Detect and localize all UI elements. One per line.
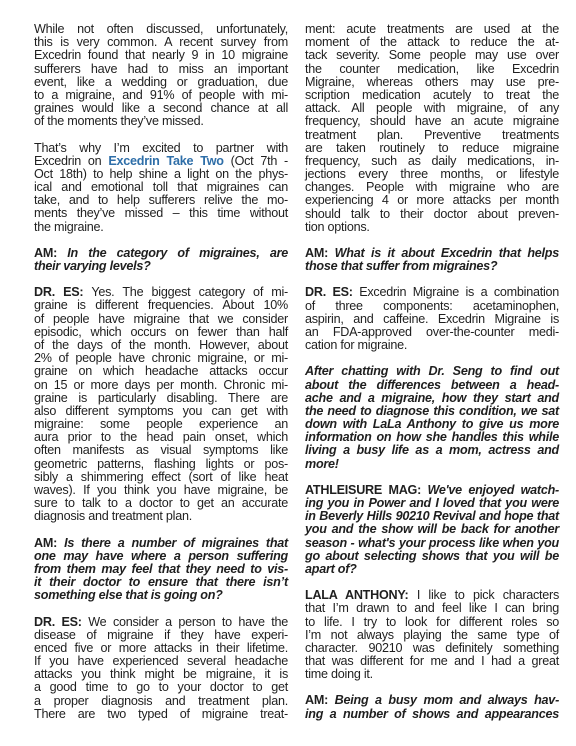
question-text: their varying levels? bbox=[34, 260, 288, 273]
text-line: often manifests as visual symptoms like bbox=[34, 444, 288, 457]
text-line: episodic, which occurs on fewer than hal… bbox=[34, 326, 288, 339]
answer-text: Excedrin Migraine is a combination bbox=[359, 285, 559, 299]
speaker-label: AM: bbox=[305, 246, 328, 260]
text-line: tion options. bbox=[305, 221, 559, 234]
text-fragment: (Oct 7th - bbox=[224, 154, 288, 168]
answer-treatment-continued: ment: acute treatments are used at themo… bbox=[305, 23, 559, 234]
text-line: ache and a migraine, how they start and bbox=[305, 392, 559, 405]
question-text: In the category of migraines, are bbox=[67, 246, 288, 260]
text-lines: that I’m drawn to and feel like I can br… bbox=[305, 602, 559, 681]
question-varying-levels: AM: In the category of migraines, are th… bbox=[34, 247, 288, 273]
intro-paragraph-survey: While not often discussed, unfortunately… bbox=[34, 23, 288, 129]
text-line: geometric patterns, flashing lights or p… bbox=[34, 458, 288, 471]
text-line: diagnosis and treatment plan. bbox=[34, 510, 288, 523]
answer-text: Yes. The biggest category of mi- bbox=[91, 285, 288, 299]
text-line: season - what's your process like when y… bbox=[305, 537, 559, 550]
question-number-of-migraines: AM: Is there a number of migraines that … bbox=[34, 537, 288, 603]
text-line: DR. ES: We consider a person to have the bbox=[34, 616, 288, 629]
question-text: What is it about Excedrin that helps bbox=[335, 246, 559, 260]
text-line: AM: Is there a number of migraines that bbox=[34, 537, 288, 550]
text-line: about the differences between a head- bbox=[305, 379, 559, 392]
text-lines: disease of migraine if they have experi-… bbox=[34, 629, 288, 721]
text-line: a proper diagnosis and treatment plan. bbox=[34, 695, 288, 708]
text-line: Migraine, whereas others may use pre- bbox=[305, 76, 559, 89]
text-line: go about selecting shows that you will b… bbox=[305, 550, 559, 563]
text-line: to life. I try to look for different rol… bbox=[305, 616, 559, 629]
partner-paragraph: That’s why I’m excited to partner with E… bbox=[34, 142, 288, 234]
text-line: that I’m drawn to and feel like I can br… bbox=[305, 602, 559, 615]
speaker-label: DR. ES: bbox=[305, 285, 353, 299]
speaker-label: ATHLEISURE MAG: bbox=[305, 483, 421, 497]
text-line: of people have migraine that we consider bbox=[34, 313, 288, 326]
text-line: cation for migraine. bbox=[305, 339, 559, 352]
question-text: We've enjoyed watch- bbox=[427, 483, 559, 497]
right-column: ment: acute treatments are used at themo… bbox=[305, 23, 559, 734]
text-line: experiencing 4 or more attacks per month bbox=[305, 194, 559, 207]
question-text: those that suffer from migraines? bbox=[305, 260, 559, 273]
answer-text: I like to pick characters bbox=[417, 588, 559, 602]
text-line: the counter medication, like Excedrin bbox=[305, 63, 559, 76]
text-line: something else that is going on? bbox=[34, 589, 288, 602]
left-column: While not often discussed, unfortunately… bbox=[34, 23, 288, 734]
text-lines: one may have where a person sufferingfro… bbox=[34, 550, 288, 603]
question-selecting-shows: ATHLEISURE MAG: We've enjoyed watch- ing… bbox=[305, 484, 559, 576]
speaker-label: AM: bbox=[34, 536, 57, 550]
text-line: Excedrin on Excedrin Take Two (Oct 7th - bbox=[34, 155, 288, 168]
answer-selecting-shows: LALA ANTHONY: I like to pick characters … bbox=[305, 589, 559, 681]
excedrin-take-two-link[interactable]: Excedrin Take Two bbox=[108, 154, 223, 168]
speaker-label: AM: bbox=[305, 693, 328, 707]
text-fragment: Excedrin on bbox=[34, 154, 108, 168]
text-line: a good time to go to your doctor to get bbox=[34, 681, 288, 694]
question-text: Being a busy mom and always hav- bbox=[335, 693, 559, 707]
answer-number-of-migraines: DR. ES: We consider a person to have the… bbox=[34, 616, 288, 722]
text-lines: graine is different frequencies. About 1… bbox=[34, 299, 288, 523]
text-line: graine is particularly disabling. There … bbox=[34, 392, 288, 405]
text-line: one may have where a person suffering bbox=[34, 550, 288, 563]
text-line: of the moments they’ve missed. bbox=[34, 115, 288, 128]
speaker-label: AM: bbox=[34, 246, 57, 260]
question-busy-mom: AM: Being a busy mom and always hav- ing… bbox=[305, 694, 559, 720]
text-line: should talk to their doctor about preven… bbox=[305, 208, 559, 221]
text-line: DR. ES: Excedrin Migraine is a combinati… bbox=[305, 286, 559, 299]
text-line: are taken routinely to reduce migraine bbox=[305, 142, 559, 155]
text-line: you and the show will be back for anothe… bbox=[305, 523, 559, 536]
text-line: graine is different frequencies. About 1… bbox=[34, 299, 288, 312]
text-line: living a busy life as a mom, actress and bbox=[305, 444, 559, 457]
text-line: of three components: acetaminophen, bbox=[305, 300, 559, 313]
speaker-label: DR. ES: bbox=[34, 615, 82, 629]
text-line: After chatting with Dr. Seng to find out bbox=[305, 365, 559, 378]
answer-text: We consider a person to have the bbox=[88, 615, 288, 629]
text-lines: ing you in Power and I loved that you we… bbox=[305, 497, 559, 576]
text-line: disease of migraine if they have experi- bbox=[34, 629, 288, 642]
text-line: the migraine. bbox=[34, 221, 288, 234]
text-line: tack severity. Some people may use over bbox=[305, 49, 559, 62]
text-line: There are two typed of migraine treat- bbox=[34, 708, 288, 721]
text-line: I’m not always playing the same type of bbox=[305, 629, 559, 642]
text-line: frequency, should have an acute migraine bbox=[305, 115, 559, 128]
text-line: ments they’ve missed – this time without bbox=[34, 207, 288, 220]
speaker-label: DR. ES: bbox=[34, 285, 83, 299]
question-text: ing a number of shows and appearances bbox=[305, 708, 559, 721]
speaker-label: LALA ANTHONY: bbox=[305, 588, 409, 602]
question-about-excedrin: AM: What is it about Excedrin that helps… bbox=[305, 247, 559, 273]
question-text: Is there a number of migraines that bbox=[64, 536, 288, 550]
text-line: on 15 or more days per month. Chronic mi… bbox=[34, 379, 288, 392]
text-line: graine on which headache attacks occur bbox=[34, 365, 288, 378]
text-line: treatment plan. Preventive treatments bbox=[305, 129, 559, 142]
text-line: apart of? bbox=[305, 563, 559, 576]
text-line: Excedrin found that nearly 9 in 10 migra… bbox=[34, 49, 288, 62]
text-line: event, like a wedding or graduation, due bbox=[34, 76, 288, 89]
text-lines: of three components: acetaminophen,aspir… bbox=[305, 300, 559, 353]
text-lines: Oct 18th) to help shine a light on the p… bbox=[34, 168, 288, 234]
text-line: more! bbox=[305, 458, 559, 471]
text-line: time doing it. bbox=[305, 668, 559, 681]
text-line: aspirin, and caffeine. Excedrin Migraine… bbox=[305, 313, 559, 326]
lala-intro-paragraph: After chatting with Dr. Seng to find out… bbox=[305, 365, 559, 471]
text-line: AM: Being a busy mom and always hav- bbox=[305, 694, 559, 707]
answer-varying-levels: DR. ES: Yes. The biggest category of mi-… bbox=[34, 286, 288, 523]
text-line: sufferers have had to miss an important bbox=[34, 63, 288, 76]
answer-about-excedrin: DR. ES: Excedrin Migraine is a combinati… bbox=[305, 286, 559, 352]
